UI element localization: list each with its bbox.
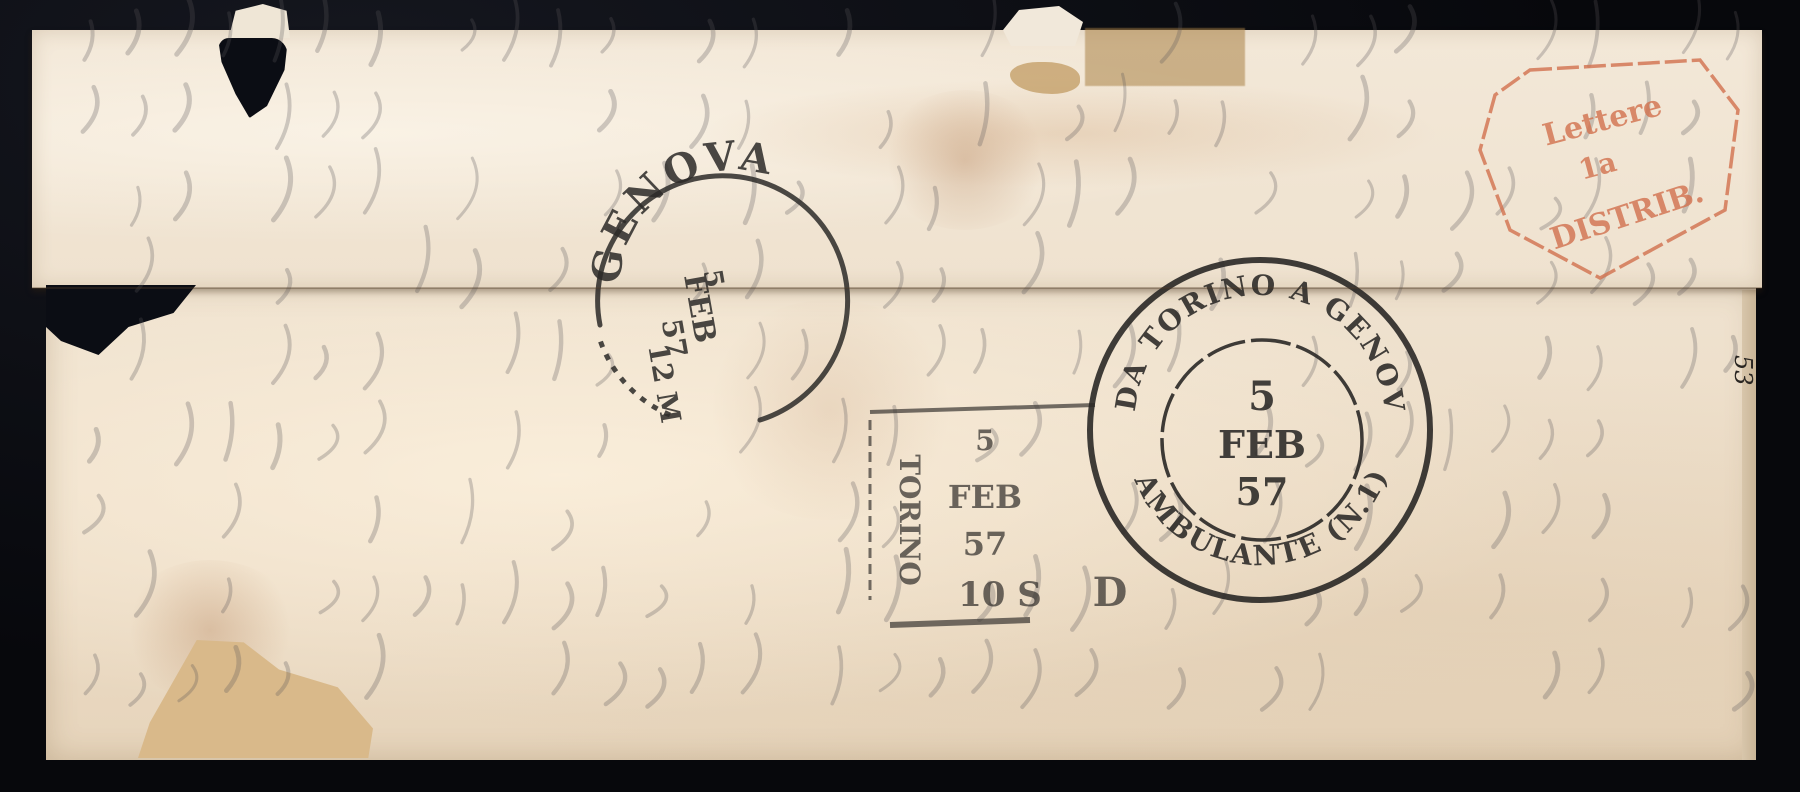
distribution-line1: Lettere xyxy=(1539,88,1666,153)
boxed-time-text: 10 S xyxy=(958,575,1042,615)
postal-cover-photo: GENOVA 5 FEB 57 12 M TORINO 5 FEB 57 10 … xyxy=(0,0,1800,792)
boxed-month-text: FEB xyxy=(948,478,1022,516)
distribution-line2: 1a xyxy=(1575,145,1620,187)
torino-genova-month-text: FEB xyxy=(1218,422,1306,467)
torino-genova-top-text: DA TORINO A GENOVA xyxy=(0,0,1411,415)
postmarks-layer: GENOVA 5 FEB 57 12 M TORINO 5 FEB 57 10 … xyxy=(0,0,1800,792)
boxed-year-text: 57 xyxy=(963,525,1008,563)
distribution-line3: DISTRIB. xyxy=(1546,175,1708,257)
torino-genova-day-text: 5 xyxy=(1248,373,1276,420)
boxed-suffix-text: D xyxy=(1093,569,1128,616)
boxed-day-text: 5 xyxy=(975,424,994,457)
genova-city-text: GENOVA xyxy=(582,132,779,286)
torino-genova-year-text: 57 xyxy=(1236,469,1289,514)
boxed-side-text: TORINO xyxy=(893,454,926,586)
genova-postmark xyxy=(598,176,848,420)
distribution-postmark: Lettere 1a DISTRIB. xyxy=(1480,60,1738,278)
edge-note: 53 xyxy=(1729,355,1757,386)
